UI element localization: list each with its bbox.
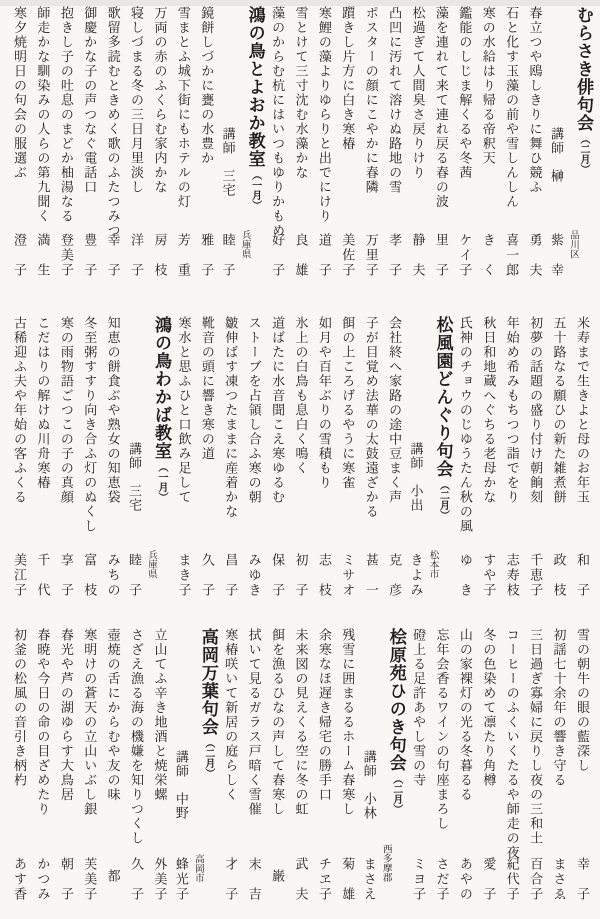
haiku-column: 松過ぎて人間臭さ戻りけり静 夫 bbox=[406, 6, 429, 282]
haiku-text: ポスターの顔にこやかに春隣 bbox=[364, 6, 377, 195]
haiku-text: 会社終へ家路の途中豆まく声 bbox=[387, 316, 400, 505]
author-name: あやの bbox=[458, 857, 471, 902]
haiku-column: 餌を漁るひなの声して春寒し巌 bbox=[265, 628, 288, 906]
haiku-text: 壺焼の舌にからむや友の味 bbox=[106, 628, 119, 802]
haiku-column: 秋日和地蔵へぐちる老母かなすや子 bbox=[476, 316, 499, 602]
region-label: 兵庫県 bbox=[147, 550, 157, 579]
haiku-column: 春立つや鴎しきりに舞ひ競ふ勇 夫 bbox=[523, 6, 546, 282]
author-name: 芳 重 bbox=[176, 233, 189, 278]
haiku-text: 初謡七十余年の響き守る bbox=[552, 628, 565, 788]
author-name: 道 子 bbox=[317, 233, 330, 278]
haiku-text: 餌を漁るひなの声して春寒し bbox=[270, 628, 283, 817]
author-name: 志 枝 bbox=[317, 553, 330, 598]
author-name: 和 子 bbox=[575, 553, 588, 598]
author-name: 富 枝 bbox=[82, 553, 95, 598]
lecturer-name: きよみ bbox=[409, 553, 422, 598]
haiku-column: 寒夕焼明日の句会の服選ぶ澄 子 bbox=[7, 6, 30, 282]
author-name: 芙美子 bbox=[82, 857, 95, 902]
lecturer-name: まさえ bbox=[362, 857, 375, 902]
author-name: 久 子 bbox=[129, 857, 142, 902]
author-name: みゆき bbox=[247, 553, 260, 598]
author-name: 享 子 bbox=[59, 553, 72, 598]
author-name: 洋 子 bbox=[129, 233, 142, 278]
haiku-column: 古稀迎ふ夫や年始の客ふくる美江子 bbox=[7, 316, 30, 602]
section-period: （一月） bbox=[250, 170, 261, 210]
haiku-text: 春光や芦の湖ゆらす大鳥居 bbox=[59, 628, 72, 802]
section-title-text: 高岡万葉句会 bbox=[198, 628, 218, 736]
haiku-text: 歌留多読むときめく歌のふたつみつ bbox=[106, 6, 119, 238]
newsletter-page: むらさき俳句会（二月）品川区講師 榊紫 幸春立つや鴎しきりに舞ひ競ふ勇 夫石と化… bbox=[0, 6, 600, 919]
lecturer-label: 講師 小林 bbox=[362, 750, 375, 820]
haiku-text: 年始め希みもちつつ詣でをり bbox=[505, 316, 518, 505]
haiku-text: 御慶かな子の声つなぐ電話口 bbox=[82, 6, 95, 195]
haiku-text: 余寒なほ遅き帰宅の勝手口 bbox=[317, 628, 330, 802]
haiku-column: 歌留多読むときめく歌のふたつみつ幸 子 bbox=[101, 6, 124, 282]
haiku-text: 寒の雨物語ごつこの子の真顔 bbox=[59, 316, 72, 505]
lecturer-name: 睦 子 bbox=[221, 233, 234, 278]
haiku-column: さざえ漁る海の機嫌を知りつくし久 子 bbox=[124, 628, 147, 906]
author-name: ゆ き bbox=[458, 553, 471, 598]
author-name: き く bbox=[481, 233, 494, 278]
haiku-column: 冬の色染めて凛たり角樽愛 子 bbox=[476, 628, 499, 906]
author-name: 良 雄 bbox=[293, 233, 306, 278]
haiku-column: 春暁や今日の命の目ざめたりかつみ bbox=[30, 628, 53, 906]
author-name: 菊 雄 bbox=[340, 857, 353, 902]
section-title-text: 桧原苑ひのき句会 bbox=[386, 628, 406, 772]
haiku-column: 鑑能のしじま解くるや冬茜ケイ子 bbox=[452, 6, 475, 282]
haiku-column: 万両の赤のふくらむ家内かな房 枝 bbox=[147, 6, 170, 282]
author-name: チヱ子 bbox=[317, 857, 330, 902]
haiku-column: 寒椿咲いて新居の庭らしく才 子 bbox=[218, 628, 241, 906]
haiku-text: 抱きし子の吐息のまどか柚湯なる bbox=[59, 6, 72, 224]
haiku-text: さざえ漁る海の機嫌を知りつくし bbox=[129, 628, 142, 846]
region-label: 品川区 bbox=[568, 230, 578, 259]
author-name: あす香 bbox=[12, 857, 25, 902]
region-label: 松本市 bbox=[428, 550, 438, 579]
region-label: 西多摩郡 bbox=[381, 844, 391, 882]
column-band-3: 雪の朝牛の眼の藍深し幸 子初謡七十余年の響き守るまさゑ三日過ぎ寡婦に戻りし夜の三… bbox=[7, 628, 593, 906]
haiku-text: 万両の赤のふくらむ家内かな bbox=[152, 6, 165, 195]
haiku-column: 鏡餅しづかに甕の水豊か雅 子 bbox=[194, 6, 217, 282]
haiku-text: 松過ぎて人間臭さ戻りけり bbox=[411, 6, 424, 180]
author-name: 巌 bbox=[270, 869, 283, 884]
haiku-column: コーヒーのふくいくたるや師走の夜紀代子 bbox=[500, 628, 523, 906]
haiku-text: 未来図の見えくる空に冬の虹 bbox=[293, 628, 306, 817]
section-period: （一月） bbox=[156, 462, 167, 502]
region-label: 兵庫県 bbox=[240, 230, 250, 259]
haiku-column: 氏神のチョウのじゆうたん秋の風ゆ き bbox=[453, 316, 476, 602]
haiku-column: 未来図の見えくる空に冬の虹武 夫 bbox=[288, 628, 311, 906]
haiku-column: 三日過ぎ寡婦に戻りし夜の三和土百合子 bbox=[523, 628, 546, 906]
author-name: 久 子 bbox=[200, 553, 213, 598]
haiku-text: 躓きし片方に白き寒椿 bbox=[340, 6, 353, 151]
author-name: 美佐子 bbox=[340, 233, 353, 278]
author-name: 幸 子 bbox=[575, 857, 588, 902]
haiku-text: 凸凹に汚れて溶けぬ路地の雪 bbox=[387, 6, 400, 195]
haiku-column: 如月や百年ぶりの雪積もり志 枝 bbox=[312, 316, 335, 602]
haiku-column: 雪とけて三寸沈む水藻かな良 雄 bbox=[288, 6, 311, 282]
haiku-column: 忘年会香るワインの句座まろしさだ子 bbox=[430, 628, 453, 906]
section-period: （二月） bbox=[438, 480, 449, 520]
haiku-column: 初夢の話題の盛り付け朝餉刻千恵子 bbox=[523, 316, 546, 602]
haiku-text: 道ばたに水音聞こえ寒ゆるむ bbox=[270, 316, 283, 505]
haiku-column: 残雪に囲まるるホーム春寒し菊 雄 bbox=[335, 628, 358, 906]
author-name: みちの bbox=[106, 553, 119, 598]
lecturer-name: 蜂光子 bbox=[174, 857, 187, 902]
haiku-text: 如月や百年ぶりの雪積もり bbox=[317, 316, 330, 490]
haiku-text: こだはりの解けぬ川舟寒椿 bbox=[35, 316, 48, 490]
haiku-text: 残雪に囲まるるホーム春寒し bbox=[340, 628, 353, 817]
haiku-text: 冬至粥すすり向き合ふ灯のぬくし bbox=[82, 316, 95, 534]
haiku-text: 拭いて見るガラス戸暗く雪催 bbox=[247, 628, 260, 817]
column-band-2: 米寿まで生きよと母のお年玉和 子五十路なる願ひの新た雑煮餅政 枝初夢の話題の盛り… bbox=[7, 316, 593, 602]
haiku-text: 皺伸ばす凍つたままに産着かな bbox=[223, 316, 236, 519]
haiku-column: 寒鯉の藻よりゆらりと出でにけり道 子 bbox=[312, 6, 335, 282]
author-name: 才 子 bbox=[223, 857, 236, 902]
haiku-column: 初謡七十余年の響き守るまさゑ bbox=[547, 628, 570, 906]
section-title: 松風園どんぐり句会（二月） bbox=[434, 316, 451, 520]
haiku-column: 藻を連れて来て連れ戻る春の波里 子 bbox=[429, 6, 452, 282]
author-name: 房 枝 bbox=[152, 233, 165, 278]
author-name: 好 子 bbox=[270, 233, 283, 278]
section-title: 桧原苑ひのき句会（二月） bbox=[387, 628, 404, 814]
section-title-text: 鴻の鳥とよおか教室 bbox=[245, 6, 265, 168]
haiku-text: 寒の水給はり帰る帝釈天 bbox=[481, 6, 494, 166]
haiku-text: 藻のからむ杭にはいつもゆりかもめ bbox=[270, 6, 283, 238]
author-name: 愛 子 bbox=[481, 857, 494, 902]
haiku-column: ポスターの顔にこやかに春隣万里子 bbox=[359, 6, 382, 282]
author-name: 美江子 bbox=[12, 553, 25, 598]
haiku-text: 雪とけて三寸沈む水藻かな bbox=[293, 6, 306, 180]
haiku-text: 磴上る足許あやし雪の寺 bbox=[411, 628, 424, 788]
section-header: 高岡万葉句会（二月）高岡市講師 中野蜂光子 bbox=[171, 628, 218, 906]
author-name: 甚 一 bbox=[364, 553, 377, 598]
haiku-column: 師走かな馴染みの人らの第九聞く満 生 bbox=[30, 6, 53, 282]
author-name: 朝 子 bbox=[59, 857, 72, 902]
author-name: 登美子 bbox=[59, 233, 72, 278]
haiku-column: 御慶かな子の声つなぐ電話口豊 子 bbox=[77, 6, 100, 282]
haiku-column: 知恵の餅食ぶや熟女の知恵袋みちの bbox=[101, 316, 124, 602]
author-name: 末 吉 bbox=[247, 857, 260, 902]
haiku-column: 拭いて見るガラス戸暗く雪催末 吉 bbox=[242, 628, 265, 906]
author-name: 保 子 bbox=[270, 553, 283, 598]
haiku-text: 氏神のチョウのじゆうたん秋の風 bbox=[458, 316, 471, 534]
author-name: すや子 bbox=[481, 553, 494, 598]
author-name: 昌 子 bbox=[223, 553, 236, 598]
haiku-text: 鏡餅しづかに甕の水豊か bbox=[199, 6, 212, 166]
author-name: 百合子 bbox=[528, 857, 541, 902]
section-header: 松風園どんぐり句会（二月）松本市講師 小出きよみ bbox=[406, 316, 453, 602]
haiku-text: 鑑能のしじま解くるや冬茜 bbox=[457, 6, 470, 180]
haiku-text: 雪の朝牛の眼の藍深し bbox=[575, 628, 588, 773]
author-name: 志寿枝 bbox=[505, 553, 518, 598]
haiku-text: 寒水と思ふひと口飲み足して bbox=[176, 316, 189, 505]
author-name: 里 子 bbox=[434, 233, 447, 278]
author-name: 政 枝 bbox=[552, 553, 565, 598]
lecturer-name: 睦 子 bbox=[127, 553, 140, 598]
haiku-text: 初釜の松風の音引き柄杓 bbox=[12, 628, 25, 788]
section-header: 鴻の鳥わかば教室（一月）兵庫県講師 三宅睦 子 bbox=[124, 316, 171, 602]
author-name: まさゑ bbox=[552, 857, 565, 902]
haiku-column: 寒水と思ふひと口飲み足してまき子 bbox=[171, 316, 194, 602]
section-title-text: むらさき俳句会 bbox=[573, 6, 593, 132]
section-title: むらさき俳句会（二月） bbox=[574, 6, 591, 174]
lecturer-label: 講師 小出 bbox=[409, 442, 422, 512]
lecturer-label: 講師 三宅 bbox=[127, 442, 140, 512]
haiku-text: 古稀迎ふ夫や年始の客ふくる bbox=[12, 316, 25, 505]
haiku-text: 五十路なる願ひの新た雑煮餅 bbox=[552, 316, 565, 505]
lecturer-label: 講師 榊 bbox=[549, 127, 562, 183]
haiku-column: 皺伸ばす凍つたままに産着かな昌 子 bbox=[218, 316, 241, 602]
author-name: 武 夫 bbox=[293, 857, 306, 902]
haiku-text: 餌の上ころげるやうに寒雀 bbox=[340, 316, 353, 490]
author-name: 克 彦 bbox=[387, 553, 400, 598]
haiku-column: 春光や芦の湖ゆらす大鳥居朝 子 bbox=[54, 628, 77, 906]
haiku-column: 石と化す玉藻の前や雪しんしん喜一郎 bbox=[499, 6, 522, 282]
haiku-column: 立山てふ辛き地酒と焼栄螺外美子 bbox=[147, 628, 170, 906]
haiku-text: 氷上の白鳥も息白く鳴く bbox=[293, 316, 306, 476]
author-name: さだ子 bbox=[435, 857, 448, 902]
haiku-column: 山の家裸灯の光る冬暮るるあやの bbox=[453, 628, 476, 906]
haiku-text: 初夢の話題の盛り付け朝餉刻 bbox=[528, 316, 541, 505]
haiku-column: 寒の水給はり帰る帝釈天き く bbox=[476, 6, 499, 282]
author-name: 静 夫 bbox=[411, 233, 424, 278]
haiku-column: 寒の雨物語ごつこの子の真顔享 子 bbox=[54, 316, 77, 602]
haiku-column: 餌の上ころげるやうに寒雀ミサオ bbox=[335, 316, 358, 602]
haiku-column: 寝しづまる冬の三日月里淡し洋 子 bbox=[124, 6, 147, 282]
haiku-text: 寒明けの蒼天の立山いぶし銀 bbox=[82, 628, 95, 817]
haiku-text: 春立つや鴎しきりに舞ひ競ふ bbox=[528, 6, 541, 195]
haiku-text: 秋日和地蔵へぐちる老母かな bbox=[481, 316, 494, 505]
haiku-column: 抱きし子の吐息のまどか柚湯なる登美子 bbox=[54, 6, 77, 282]
haiku-text: 石と化す玉藻の前や雪しんしん bbox=[504, 6, 517, 209]
author-name: ミヨ子 bbox=[411, 857, 424, 902]
haiku-text: 立山てふ辛き地酒と焼栄螺 bbox=[152, 628, 165, 802]
haiku-text: ストーブを占領し合ふ寒の朝 bbox=[247, 316, 260, 505]
author-name: 喜一郎 bbox=[504, 233, 517, 278]
haiku-column: 会社終へ家路の途中豆まく声克 彦 bbox=[382, 316, 405, 602]
author-name: 雅 子 bbox=[199, 233, 212, 278]
lecturer-name: 紫 幸 bbox=[549, 233, 562, 278]
haiku-text: 寝しづまる冬の三日月里淡し bbox=[129, 6, 142, 195]
haiku-text: 子が目覚め法華の太鼓遠ざかる bbox=[364, 316, 377, 519]
section-period: （二月） bbox=[203, 738, 214, 778]
haiku-column: 子が目覚め法華の太鼓遠ざかる甚 一 bbox=[359, 316, 382, 602]
section-header: 桧原苑ひのき句会（二月）西多摩郡講師 小林まさえ bbox=[359, 628, 406, 906]
haiku-column: 五十路なる願ひの新た雑煮餅政 枝 bbox=[547, 316, 570, 602]
author-name: ミサオ bbox=[340, 553, 353, 598]
section-period: （二月） bbox=[578, 134, 589, 174]
haiku-column: 壺焼の舌にからむや友の味都 bbox=[101, 628, 124, 906]
haiku-text: 山の家裸灯の光る冬暮るる bbox=[458, 628, 471, 802]
haiku-text: 米寿まで生きよと母のお年玉 bbox=[575, 316, 588, 505]
lecturer-label: 講師 三宅 bbox=[221, 127, 234, 197]
author-name: 初 子 bbox=[293, 553, 306, 598]
haiku-text: 三日過ぎ寡婦に戻りし夜の三和土 bbox=[528, 628, 541, 846]
haiku-text: 忘年会香るワインの句座まろし bbox=[435, 628, 448, 831]
author-name: 紀代子 bbox=[505, 857, 518, 902]
author-name: 外美子 bbox=[152, 857, 165, 902]
author-name: 勇 夫 bbox=[528, 233, 541, 278]
section-title-text: 鴻の鳥わかば教室 bbox=[151, 316, 171, 460]
author-name: 都 bbox=[106, 869, 119, 884]
author-name: ケイ子 bbox=[457, 233, 470, 278]
section-header: 鴻の鳥とよおか教室（一月）兵庫県講師 三宅睦 子 bbox=[218, 6, 265, 282]
haiku-text: 知恵の餅食ぶや熟女の知恵袋 bbox=[106, 316, 119, 505]
haiku-column: 凸凹に汚れて溶けぬ路地の雪孝 子 bbox=[382, 6, 405, 282]
column-band-1: むらさき俳句会（二月）品川区講師 榊紫 幸春立つや鴎しきりに舞ひ競ふ勇 夫石と化… bbox=[7, 6, 593, 282]
author-name: 千 代 bbox=[35, 553, 48, 598]
haiku-text: 師走かな馴染みの人らの第九聞く bbox=[35, 6, 48, 224]
haiku-text: 靴音の頭に響き寒の道 bbox=[200, 316, 213, 461]
haiku-column: 磴上る足許あやし雪の寺ミヨ子 bbox=[406, 628, 429, 906]
author-name: 満 生 bbox=[35, 233, 48, 278]
haiku-column: ストーブを占領し合ふ寒の朝みゆき bbox=[242, 316, 265, 602]
section-header: むらさき俳句会（二月）品川区講師 榊紫 幸 bbox=[546, 6, 593, 282]
haiku-text: 春暁や今日の命の目ざめたり bbox=[35, 628, 48, 817]
haiku-column: 靴音の頭に響き寒の道久 子 bbox=[195, 316, 218, 602]
lecturer-label: 講師 中野 bbox=[174, 750, 187, 820]
region-label: 高岡市 bbox=[193, 854, 203, 883]
author-name: まき子 bbox=[176, 553, 189, 598]
section-period: （二月） bbox=[391, 774, 402, 814]
section-title: 高岡万葉句会（二月） bbox=[199, 628, 216, 778]
section-title: 鴻の鳥わかば教室（一月） bbox=[152, 316, 169, 502]
haiku-text: 雪まとふ城下街にもホテルの灯 bbox=[176, 6, 189, 209]
haiku-text: 寒鯉の藻よりゆらりと出でにけり bbox=[317, 6, 330, 224]
haiku-text: 寒椿咲いて新居の庭らしく bbox=[223, 628, 236, 802]
author-name: 澄 子 bbox=[12, 233, 25, 278]
haiku-text: 冬の色染めて凛たり角樽 bbox=[481, 628, 494, 788]
haiku-text: 寒夕焼明日の句会の服選ぶ bbox=[12, 6, 25, 180]
author-name: かつみ bbox=[35, 857, 48, 902]
haiku-column: 初釜の松風の音引き柄杓あす香 bbox=[7, 628, 30, 906]
haiku-column: 米寿まで生きよと母のお年玉和 子 bbox=[570, 316, 593, 602]
section-title-text: 松風園どんぐり句会 bbox=[433, 316, 453, 478]
haiku-column: 雪の朝牛の眼の藍深し幸 子 bbox=[570, 628, 593, 906]
haiku-column: 冬至粥すすり向き合ふ灯のぬくし富 枝 bbox=[77, 316, 100, 602]
haiku-column: 余寒なほ遅き帰宅の勝手口チヱ子 bbox=[312, 628, 335, 906]
section-title: 鴻の鳥とよおか教室（一月） bbox=[246, 6, 263, 210]
author-name: 孝 子 bbox=[387, 233, 400, 278]
haiku-column: 藻のからむ杭にはいつもゆりかもめ好 子 bbox=[265, 6, 288, 282]
author-name: 豊 子 bbox=[82, 233, 95, 278]
author-name: 千恵子 bbox=[528, 553, 541, 598]
author-name: 万里子 bbox=[364, 233, 377, 278]
haiku-column: 道ばたに水音聞こえ寒ゆるむ保 子 bbox=[265, 316, 288, 602]
haiku-column: こだはりの解けぬ川舟寒椿千 代 bbox=[30, 316, 53, 602]
author-name: 幸 子 bbox=[106, 233, 119, 278]
haiku-text: コーヒーのふくいくたるや師走の夜 bbox=[505, 628, 518, 860]
haiku-column: 氷上の白鳥も息白く鳴く初 子 bbox=[288, 316, 311, 602]
haiku-column: 寒明けの蒼天の立山いぶし銀芙美子 bbox=[77, 628, 100, 906]
haiku-column: 雪まとふ城下街にもホテルの灯芳 重 bbox=[171, 6, 194, 282]
haiku-text: 藻を連れて来て連れ戻る春の波 bbox=[434, 6, 447, 209]
haiku-column: 躓きし片方に白き寒椿美佐子 bbox=[335, 6, 358, 282]
haiku-column: 年始め希みもちつつ詣でをり志寿枝 bbox=[500, 316, 523, 602]
